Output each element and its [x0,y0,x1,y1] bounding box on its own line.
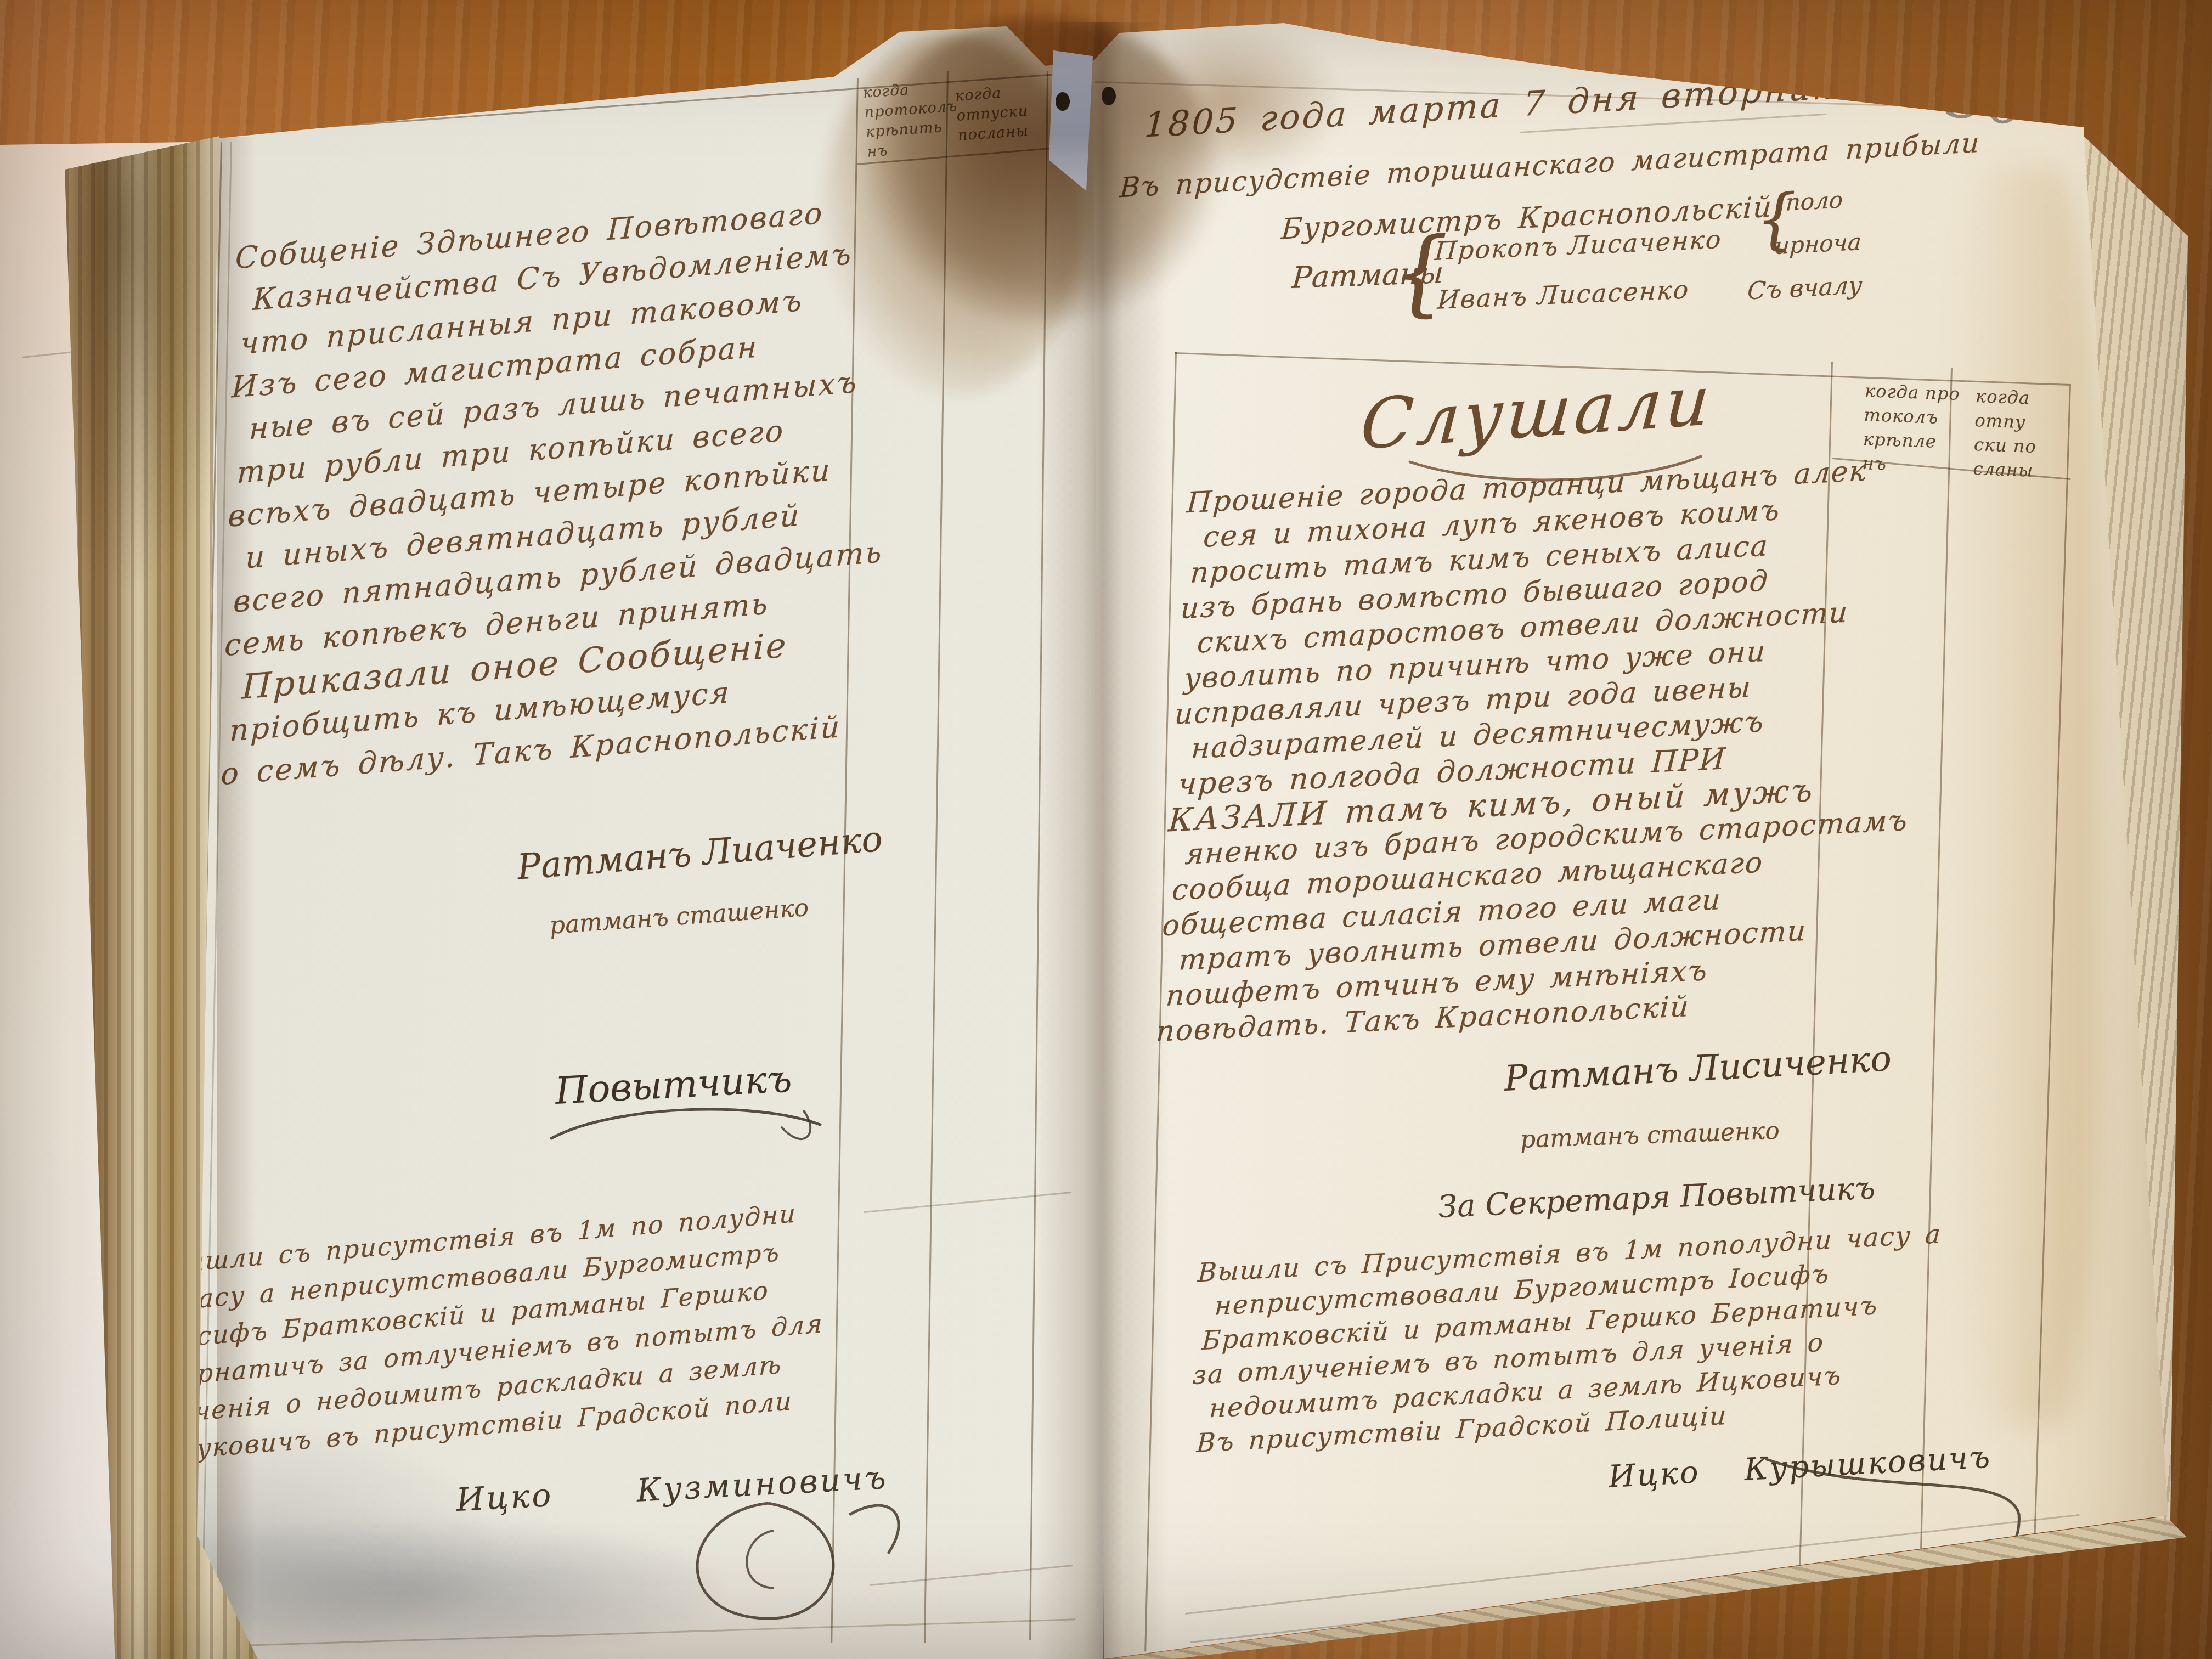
signature-flourish-monogram [631,1481,916,1651]
handwritten-line: ски по [1973,432,2036,459]
edge-yellowing [1953,165,2096,1426]
margin-note: поло [1785,186,1844,216]
ruled-line [2033,384,2071,1565]
left-signature-ratman-2: ратманъ сташенко [549,894,810,940]
ruled-line [1919,368,1953,1594]
left-page-body-text: Собщеніе Здѣшнего ПовѣтовагоКазначейства… [221,189,860,797]
handwritten-line: сланы [1973,456,2036,483]
right-signature-ratman-2: ратманъ сташенко [1520,1116,1780,1153]
handwritten-line: посланы [957,121,1030,146]
handwritten-line: крѣпле [1863,427,1959,454]
ruled-line [924,71,949,1643]
left-column-header-copies: когдаотпускипосланы [955,82,1030,146]
page-number: 50 [1942,55,2033,140]
handwritten-line: токолъ [1864,403,1960,430]
ratman-name-2: Иванъ Лисасенко [1436,274,1690,314]
handwritten-line: отпу [1974,408,2038,435]
section-title-slushali: Слушали [1358,360,1716,465]
sewing-hole [1102,87,1116,105]
handwritten-line: когда [1975,384,2038,410]
right-page-body-text: Прошеніе города торанци мѣщанъ алексея и… [1155,455,1824,1049]
margin-note: ирноча [1774,228,1862,259]
left-page-closing-text: Вышли съ присутствія въ 1м по полудничас… [159,1190,848,1470]
photographed-manuscript-book: когдапротоколъкрѣпитьнъ когдаотпускипосл… [0,0,2212,1659]
handwritten-line: когда про [1864,379,1960,406]
handwritten-line: нъ [1862,451,1958,478]
right-column-header-copies: когдаотпуски посланы [1973,384,2039,483]
gutter-shadow [1037,22,1169,1659]
page-fold-shading [217,137,255,1659]
right-signature-ratman: Ратманъ Лисиченко [1503,1039,1892,1099]
right-column-header-protocol: когда протоколъкрѣпленъ [1862,379,1960,478]
left-signature-ratman: Ратманъ Лиаченко [516,819,884,888]
margin-note: Съ вчалу [1747,271,1863,305]
secretary-clerk-line: За Секретаря Повытчикъ [1437,1170,1876,1225]
signature-flourish [546,1100,831,1166]
sewing-hole [1056,92,1070,111]
right-page-closing-text: Вышли съ Присутствія въ 1м пополудни час… [1188,1221,1883,1462]
left-column-header-protocol: когдапротоколъкрѣпитьнъ [862,77,961,162]
date-heading: 1805 года марта 7 дня вторникъ [1143,65,1861,145]
